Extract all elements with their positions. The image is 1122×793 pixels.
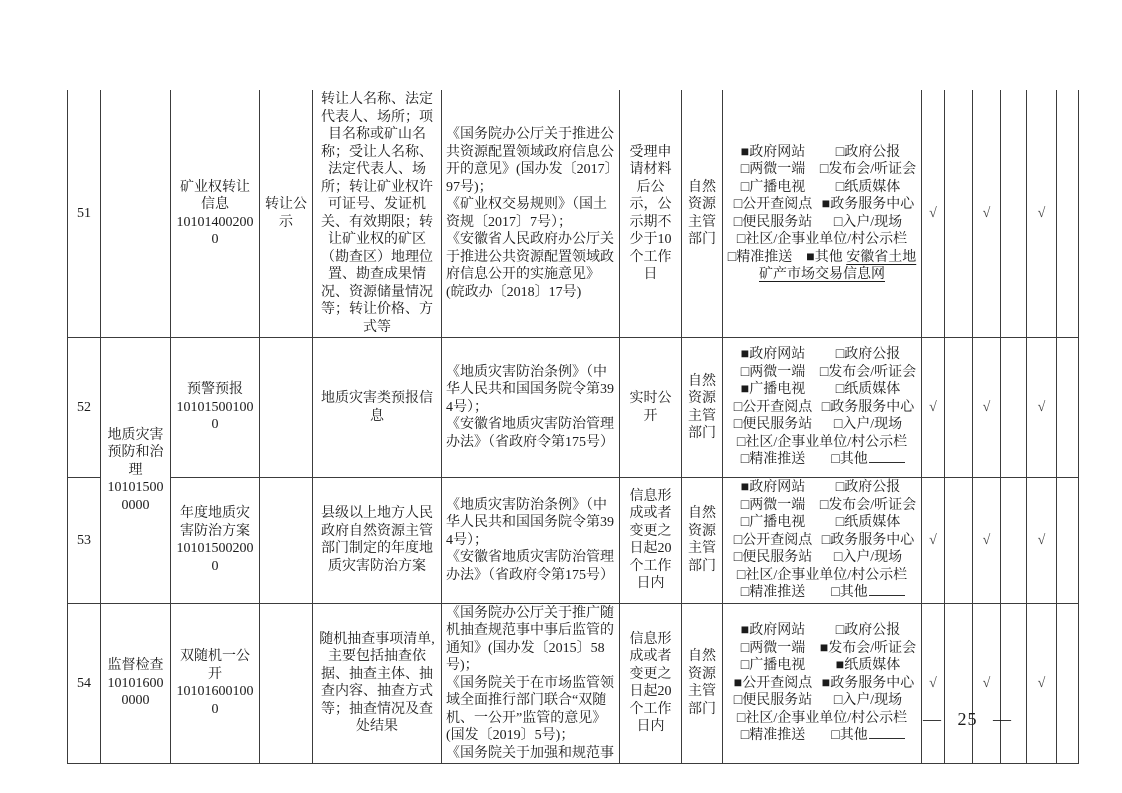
check-mark: √ bbox=[929, 533, 937, 548]
category-name: 监督检查 bbox=[105, 657, 166, 675]
channel-option-label: 精准推送 bbox=[736, 250, 792, 265]
channel-option-row: ■政府网站□政府公报 bbox=[727, 144, 917, 162]
channel-option: □政务服务中心 bbox=[819, 532, 917, 550]
check-mark-cell bbox=[945, 603, 973, 764]
timing-cell: 信息形成或者变更之日起20个工作日内 bbox=[620, 603, 682, 764]
channel-option-row: □广播电视■纸质媒体 bbox=[727, 657, 917, 675]
disclosure-type-cell: 转让公示 bbox=[260, 90, 313, 338]
checkbox-unchecked-icon: □ bbox=[741, 658, 749, 673]
channel-option-label: 便民服务站 bbox=[742, 417, 812, 432]
channel-option-row: □精准推送□其他 bbox=[727, 584, 917, 602]
check-mark-cell bbox=[1001, 90, 1027, 338]
channel-option: ■发布会/听证会 bbox=[819, 640, 917, 658]
check-mark-cell: √ bbox=[922, 338, 945, 478]
check-mark: √ bbox=[929, 676, 937, 691]
channels-cell: ■政府网站□政府公报□两微一端□发布会/听证会■广播电视□纸质媒体□公开查阅点□… bbox=[723, 338, 922, 478]
legal-basis-entry: 《地质灾害防治条例》（中华人民共和国国务院令第394号）； bbox=[446, 364, 615, 417]
channel-option-label: 广播电视 bbox=[749, 382, 805, 397]
channel-option: □便民服务站 bbox=[727, 692, 819, 710]
channel-option-row: □广播电视□纸质媒体 bbox=[727, 179, 917, 197]
item-name: 预警预报 bbox=[175, 381, 255, 399]
check-mark-cell: √ bbox=[922, 603, 945, 764]
check-mark-cell bbox=[1057, 603, 1079, 764]
channel-option-row: □社区/企事业单位/村公示栏 bbox=[727, 567, 917, 585]
check-mark: √ bbox=[1038, 676, 1046, 691]
channel-option-label: 精准推送 bbox=[749, 452, 805, 467]
channel-option: □发布会/听证会 bbox=[819, 161, 917, 179]
checkbox-unchecked-icon: □ bbox=[741, 498, 749, 513]
channel-option-row: □社区/企事业单位/村公示栏 bbox=[727, 434, 917, 452]
channel-option: □广播电视 bbox=[727, 514, 819, 532]
check-mark-cell bbox=[1057, 338, 1079, 478]
channel-option: □广播电视 bbox=[727, 657, 819, 675]
check-mark-cell: √ bbox=[973, 478, 1001, 604]
timing-cell: 受理申请材料后公示，公示期不少于10个工作日 bbox=[620, 90, 682, 338]
check-mark-cell bbox=[1057, 478, 1079, 604]
channel-option-row: □便民服务站□入户/现场 bbox=[727, 416, 917, 434]
checkbox-checked-icon: ■ bbox=[820, 641, 828, 656]
channel-option: □政务服务中心 bbox=[819, 399, 917, 417]
table-row: 53年度地质灾害防治方案101015002000县级以上地方人民政府自然资源主管… bbox=[68, 478, 1079, 604]
legal-basis-entry: 《安徽省地质灾害防治管理办法》（省政府令第175号） bbox=[446, 416, 615, 451]
checkbox-unchecked-icon: □ bbox=[741, 641, 749, 656]
content-cell: 随机抽查事项清单,主要包括抽查依据、抽查主体、抽查内容、抽查方式等；抽查情况及查… bbox=[313, 603, 442, 764]
category-cell: 地质灾害预防和治理101015000000 bbox=[101, 338, 171, 604]
checkbox-unchecked-icon: □ bbox=[741, 180, 749, 195]
channel-option-row: □精准推送□其他 bbox=[727, 451, 917, 469]
checkbox-unchecked-icon: □ bbox=[836, 515, 844, 530]
checkbox-checked-icon: ■ bbox=[822, 676, 830, 691]
checkbox-unchecked-icon: □ bbox=[734, 215, 742, 230]
channel-option-row: □广播电视□纸质媒体 bbox=[727, 514, 917, 532]
checkbox-unchecked-icon: □ bbox=[822, 533, 830, 548]
channel-option-label: 政府网站 bbox=[749, 480, 805, 495]
channel-option-label: 政府网站 bbox=[749, 623, 805, 638]
content-cell: 县级以上地方人民政府自然资源主管部门制定的年度地质灾害防治方案 bbox=[313, 478, 442, 604]
channel-option: □便民服务站 bbox=[727, 416, 819, 434]
channel-option: □两微一端 bbox=[727, 640, 819, 658]
checkbox-unchecked-icon: □ bbox=[836, 623, 844, 638]
channel-option-label: 社区/企事业单位/村公示栏 bbox=[745, 232, 907, 247]
checkbox-unchecked-icon: □ bbox=[836, 480, 844, 495]
channel-option: □政府公报 bbox=[819, 144, 917, 162]
channel-option: ■政府网站 bbox=[727, 144, 819, 162]
check-mark-cell bbox=[945, 90, 973, 338]
table-row: 54监督检查101016000000双随机一公开101016001000随机抽查… bbox=[68, 603, 1079, 764]
channel-option-label: 纸质媒体 bbox=[844, 515, 900, 530]
channel-option-label: 精准推送 bbox=[749, 728, 805, 743]
checkbox-unchecked-icon: □ bbox=[834, 215, 842, 230]
channel-option-label: 政务服务中心 bbox=[830, 197, 914, 212]
channel-option: □两微一端 bbox=[727, 497, 819, 515]
channel-option-row: ■政府网站□政府公报 bbox=[727, 479, 917, 497]
channel-option: □便民服务站 bbox=[727, 214, 819, 232]
channel-option-label: 政府公报 bbox=[844, 347, 900, 362]
timing-cell: 信息形成或者变更之日起20个工作日内 bbox=[620, 478, 682, 604]
check-mark-cell: √ bbox=[973, 338, 1001, 478]
row-number-cell: 51 bbox=[68, 90, 101, 338]
row-number-cell: 52 bbox=[68, 338, 101, 478]
department-cell: 自然资源主管部门 bbox=[682, 90, 723, 338]
channel-option-label: 便民服务站 bbox=[742, 693, 812, 708]
channel-option-label: 纸质媒体 bbox=[844, 658, 900, 673]
checkbox-unchecked-icon: □ bbox=[741, 162, 749, 177]
channel-option-row: □两微一端□发布会/听证会 bbox=[727, 364, 917, 382]
document-page: 51矿业权转让信息101014002000转让公示转让人名称、法定代表人、场所；… bbox=[0, 0, 1122, 793]
checkbox-unchecked-icon: □ bbox=[734, 400, 742, 415]
channel-option-row: □公开查阅点□政务服务中心 bbox=[727, 532, 917, 550]
channel-option-row: □便民服务站□入户/现场 bbox=[727, 692, 917, 710]
channel-option-label: 精准推送 bbox=[749, 585, 805, 600]
channel-option-label: 政务服务中心 bbox=[830, 676, 914, 691]
channel-option-row: □两微一端□发布会/听证会 bbox=[727, 497, 917, 515]
checkbox-unchecked-icon: □ bbox=[741, 452, 749, 467]
channel-option: ■政务服务中心 bbox=[819, 675, 917, 693]
channel-option-label: 两微一端 bbox=[749, 365, 805, 380]
item-name: 年度地质灾害防治方案 bbox=[175, 505, 255, 540]
check-mark-cell bbox=[1001, 338, 1027, 478]
checkbox-unchecked-icon: □ bbox=[741, 365, 749, 380]
checkbox-unchecked-icon: □ bbox=[836, 347, 844, 362]
channel-option: □政府公报 bbox=[819, 479, 917, 497]
check-mark-cell: √ bbox=[973, 603, 1001, 764]
channel-option-label: 公开查阅点 bbox=[742, 197, 812, 212]
channel-option: □广播电视 bbox=[727, 179, 819, 197]
channel-option: □其他 bbox=[819, 727, 917, 745]
legal-basis-cell: 《地质灾害防治条例》（中华人民共和国国务院令第394号）；《安徽省地质灾害防治管… bbox=[442, 478, 620, 604]
checkbox-checked-icon: ■ bbox=[741, 480, 749, 495]
checkbox-checked-icon: ■ bbox=[741, 623, 749, 638]
checkbox-checked-icon: ■ bbox=[741, 145, 749, 160]
checkbox-unchecked-icon: □ bbox=[822, 400, 830, 415]
channel-option-label: 两微一端 bbox=[749, 162, 805, 177]
channel-option: □精准推送 bbox=[727, 727, 819, 745]
channel-option-row: □精准推送□其他 bbox=[727, 727, 917, 745]
item-cell: 年度地质灾害防治方案101015002000 bbox=[171, 478, 260, 604]
checkbox-unchecked-icon: □ bbox=[734, 550, 742, 565]
checkbox-unchecked-icon: □ bbox=[734, 533, 742, 548]
legal-basis-entry: 《国务院办公厅关于推广随机抽查规范事中事后监管的通知》(国办发〔2015〕58号… bbox=[446, 605, 615, 675]
channel-option: ■政务服务中心 bbox=[819, 196, 917, 214]
channel-option: □便民服务站 bbox=[727, 549, 819, 567]
category-code: 101016000000 bbox=[105, 675, 166, 710]
checkbox-unchecked-icon: □ bbox=[734, 693, 742, 708]
channel-option-row: □两微一端□发布会/听证会 bbox=[727, 161, 917, 179]
check-mark-cell: √ bbox=[1027, 478, 1057, 604]
channel-option-row: ■政府网站□政府公报 bbox=[727, 346, 917, 364]
channel-option-label: 政府公报 bbox=[844, 145, 900, 160]
channel-option: □入户/现场 bbox=[819, 416, 917, 434]
channel-option: □两微一端 bbox=[727, 161, 819, 179]
checkbox-checked-icon: ■ bbox=[741, 347, 749, 362]
check-mark: √ bbox=[1038, 206, 1046, 221]
checkbox-unchecked-icon: □ bbox=[836, 145, 844, 160]
channel-option-label: 公开查阅点 bbox=[742, 676, 812, 691]
channel-option: ■政府网站 bbox=[727, 346, 819, 364]
item-name: 矿业权转让信息 bbox=[175, 179, 255, 214]
channel-option-row: ■广播电视□纸质媒体 bbox=[727, 381, 917, 399]
other-blank-line bbox=[869, 451, 905, 463]
channel-option-label: 社区/企事业单位/村公示栏 bbox=[745, 568, 907, 583]
category-name: 地质灾害预防和治理 bbox=[105, 427, 166, 480]
check-mark: √ bbox=[1038, 400, 1046, 415]
department-cell: 自然资源主管部门 bbox=[682, 338, 723, 478]
check-mark: √ bbox=[929, 400, 937, 415]
check-mark-cell: √ bbox=[1027, 90, 1057, 338]
checkbox-unchecked-icon: □ bbox=[834, 417, 842, 432]
channel-option-row: □两微一端■发布会/听证会 bbox=[727, 640, 917, 658]
check-mark-cell: √ bbox=[1027, 338, 1057, 478]
item-code: 101015002000 bbox=[175, 540, 255, 575]
channel-option-label: 公开查阅点 bbox=[742, 533, 812, 548]
category-cell: 监督检查101016000000 bbox=[101, 603, 171, 764]
check-mark: √ bbox=[1038, 533, 1046, 548]
legal-basis-entry: 《地质灾害防治条例》（中华人民共和国国务院令第394号）； bbox=[446, 497, 615, 550]
disclosure-type-cell bbox=[260, 603, 313, 764]
legal-basis-cell: 《地质灾害防治条例》（中华人民共和国国务院令第394号）；《安徽省地质灾害防治管… bbox=[442, 338, 620, 478]
channel-option: □发布会/听证会 bbox=[819, 497, 917, 515]
channel-option-row: □便民服务站□入户/现场 bbox=[727, 549, 917, 567]
channel-option-row: □社区/企事业单位/村公示栏 bbox=[727, 710, 917, 728]
channel-option-row: □精准推送■其他 安徽省土地矿产市场交易信息网 bbox=[727, 249, 917, 284]
channel-option-row: □公开查阅点■政务服务中心 bbox=[727, 196, 917, 214]
checkbox-unchecked-icon: □ bbox=[831, 585, 839, 600]
checkbox-checked-icon: ■ bbox=[741, 382, 749, 397]
channel-option-label: 其他 bbox=[840, 585, 868, 600]
legal-basis-cell: 《国务院办公厅关于推进公共资源配置领域政府信息公开的意见》(国办发〔2017〕9… bbox=[442, 90, 620, 338]
check-mark-cell bbox=[1057, 90, 1079, 338]
legal-basis-entry: 《国务院关于在市场监管领域全面推行部门联合“双随机、一公开”监管的意见》(国发〔… bbox=[446, 675, 615, 745]
channel-option-label: 其他 bbox=[840, 728, 868, 743]
checkbox-unchecked-icon: □ bbox=[834, 693, 842, 708]
disclosure-type-cell bbox=[260, 478, 313, 604]
check-mark-cell: √ bbox=[922, 478, 945, 604]
checkbox-unchecked-icon: □ bbox=[831, 728, 839, 743]
checkbox-checked-icon: ■ bbox=[822, 197, 830, 212]
channel-option-label: 公开查阅点 bbox=[742, 400, 812, 415]
channel-option-label: 入户/现场 bbox=[842, 550, 902, 565]
channel-option: □入户/现场 bbox=[819, 214, 917, 232]
checkbox-checked-icon: ■ bbox=[836, 658, 844, 673]
channels-cell: ■政府网站□政府公报□两微一端□发布会/听证会□广播电视□纸质媒体□公开查阅点□… bbox=[723, 478, 922, 604]
row-number-cell: 53 bbox=[68, 478, 101, 604]
channel-option-label: 政府公报 bbox=[844, 480, 900, 495]
channel-option-label: 入户/现场 bbox=[842, 693, 902, 708]
channel-option: □入户/现场 bbox=[819, 549, 917, 567]
checkbox-unchecked-icon: □ bbox=[834, 550, 842, 565]
table-row: 51矿业权转让信息101014002000转让公示转让人名称、法定代表人、场所；… bbox=[68, 90, 1079, 338]
channel-option-label: 发布会/听证会 bbox=[828, 365, 916, 380]
channel-option: □精准推送 bbox=[727, 584, 819, 602]
channel-option-row: □社区/企事业单位/村公示栏 bbox=[727, 231, 917, 249]
channel-option-row: ■公开查阅点■政务服务中心 bbox=[727, 675, 917, 693]
channel-option-label: 入户/现场 bbox=[842, 417, 902, 432]
category-code: 101015000000 bbox=[105, 479, 166, 514]
checkbox-unchecked-icon: □ bbox=[741, 728, 749, 743]
check-mark-cell bbox=[945, 478, 973, 604]
channel-option-label: 两微一端 bbox=[749, 641, 805, 656]
channel-option-label: 其他 bbox=[815, 250, 843, 265]
check-mark: √ bbox=[983, 533, 991, 548]
channel-option-label: 政务服务中心 bbox=[830, 533, 914, 548]
other-blank-line bbox=[869, 727, 905, 739]
item-cell: 双随机一公开101016001000 bbox=[171, 603, 260, 764]
channel-option: □纸质媒体 bbox=[819, 381, 917, 399]
channel-option: □纸质媒体 bbox=[819, 179, 917, 197]
channel-option-label: 广播电视 bbox=[749, 658, 805, 673]
content-cell: 地质灾害类预报信息 bbox=[313, 338, 442, 478]
table-row: 52地质灾害预防和治理101015000000预警预报101015001000地… bbox=[68, 338, 1079, 478]
checkbox-unchecked-icon: □ bbox=[734, 197, 742, 212]
legal-basis-entry: 《安徽省人民政府办公厅关于推进公共资源配置领域政府信息公开的实施意见》(皖政办〔… bbox=[446, 231, 615, 301]
checkbox-unchecked-icon: □ bbox=[820, 365, 828, 380]
checkbox-checked-icon: ■ bbox=[806, 250, 814, 265]
department-cell: 自然资源主管部门 bbox=[682, 478, 723, 604]
checkbox-unchecked-icon: □ bbox=[820, 162, 828, 177]
checkbox-unchecked-icon: □ bbox=[728, 250, 736, 265]
channel-option-label: 两微一端 bbox=[749, 498, 805, 513]
content-cell: 转让人名称、法定代表人、场所；项目名称或矿山名称；受让人名称、法定代表人、场所；… bbox=[313, 90, 442, 338]
channel-option-label: 政府网站 bbox=[749, 347, 805, 362]
check-mark-cell bbox=[1001, 478, 1027, 604]
page-number: — 25 — bbox=[923, 709, 1012, 730]
checkbox-unchecked-icon: □ bbox=[741, 585, 749, 600]
channel-option-label: 发布会/听证会 bbox=[828, 498, 916, 513]
item-code: 101016001000 bbox=[175, 683, 255, 718]
channel-option-label: 广播电视 bbox=[749, 180, 805, 195]
channel-option-row: □便民服务站□入户/现场 bbox=[727, 214, 917, 232]
channel-option: □政府公报 bbox=[819, 346, 917, 364]
channel-option-label: 社区/企事业单位/村公示栏 bbox=[745, 711, 907, 726]
legal-basis-entry: 《国务院办公厅关于推进公共资源配置领域政府信息公开的意见》(国办发〔2017〕9… bbox=[446, 126, 615, 196]
check-mark: √ bbox=[983, 206, 991, 221]
channel-option-label: 其他 bbox=[840, 452, 868, 467]
channel-option-label: 便民服务站 bbox=[742, 215, 812, 230]
channel-option-label: 政府公报 bbox=[844, 623, 900, 638]
legal-basis-entry: 《国务院关于加强和规范事 bbox=[446, 745, 615, 763]
legal-basis-entry: 《矿业权交易规则》（国土资规〔2017〕7号）； bbox=[446, 196, 615, 231]
channel-option-row: □公开查阅点□政务服务中心 bbox=[727, 399, 917, 417]
check-mark-cell bbox=[945, 338, 973, 478]
checkbox-checked-icon: ■ bbox=[734, 676, 742, 691]
item-cell: 矿业权转让信息101014002000 bbox=[171, 90, 260, 338]
check-mark-cell: √ bbox=[1027, 603, 1057, 764]
channel-option-label: 纸质媒体 bbox=[844, 382, 900, 397]
channel-option-label: 便民服务站 bbox=[742, 550, 812, 565]
disclosure-type-cell bbox=[260, 338, 313, 478]
legal-basis-cell: 《国务院办公厅关于推广随机抽查规范事中事后监管的通知》(国办发〔2015〕58号… bbox=[442, 603, 620, 764]
channel-option-label: 政务服务中心 bbox=[830, 400, 914, 415]
channel-option: ■广播电视 bbox=[727, 381, 819, 399]
department-cell: 自然资源主管部门 bbox=[682, 603, 723, 764]
channel-option-label: 政府网站 bbox=[749, 145, 805, 160]
channels-cell: ■政府网站□政府公报□两微一端□发布会/听证会□广播电视□纸质媒体□公开查阅点■… bbox=[723, 90, 922, 338]
row-number-cell: 54 bbox=[68, 603, 101, 764]
channel-option-label: 广播电视 bbox=[749, 515, 805, 530]
item-code: 101014002000 bbox=[175, 214, 255, 249]
channel-option: ■纸质媒体 bbox=[819, 657, 917, 675]
channel-option: □发布会/听证会 bbox=[819, 364, 917, 382]
other-blank-line bbox=[869, 584, 905, 596]
channel-option: ■政府网站 bbox=[727, 622, 819, 640]
channel-option: ■政府网站 bbox=[727, 479, 819, 497]
channel-option: □公开查阅点 bbox=[727, 196, 819, 214]
checkbox-unchecked-icon: □ bbox=[836, 180, 844, 195]
channel-option: □入户/现场 bbox=[819, 692, 917, 710]
channel-option: □政府公报 bbox=[819, 622, 917, 640]
channel-option-label: 入户/现场 bbox=[842, 215, 902, 230]
channel-option: ■公开查阅点 bbox=[727, 675, 819, 693]
item-cell: 预警预报101015001000 bbox=[171, 338, 260, 478]
check-mark-cell bbox=[1001, 603, 1027, 764]
catalog-table: 51矿业权转让信息101014002000转让公示转让人名称、法定代表人、场所；… bbox=[67, 90, 1079, 764]
channels-cell: ■政府网站□政府公报□两微一端■发布会/听证会□广播电视■纸质媒体■公开查阅点■… bbox=[723, 603, 922, 764]
checkbox-unchecked-icon: □ bbox=[741, 515, 749, 530]
checkbox-unchecked-icon: □ bbox=[734, 417, 742, 432]
checkbox-unchecked-icon: □ bbox=[836, 382, 844, 397]
channel-option-row: ■政府网站□政府公报 bbox=[727, 622, 917, 640]
channel-option: □精准推送 bbox=[727, 451, 819, 469]
channel-option: □两微一端 bbox=[727, 364, 819, 382]
item-code: 101015001000 bbox=[175, 399, 255, 434]
checkbox-unchecked-icon: □ bbox=[820, 498, 828, 513]
check-mark: √ bbox=[983, 676, 991, 691]
legal-basis-entry: 《安徽省地质灾害防治管理办法》（省政府令第175号） bbox=[446, 549, 615, 584]
channel-option: □公开查阅点 bbox=[727, 532, 819, 550]
channel-option-label: 发布会/听证会 bbox=[828, 641, 916, 656]
checkbox-unchecked-icon: □ bbox=[831, 452, 839, 467]
channel-option-label: 发布会/听证会 bbox=[828, 162, 916, 177]
check-mark-cell: √ bbox=[922, 90, 945, 338]
channel-option: □纸质媒体 bbox=[819, 514, 917, 532]
category-cell bbox=[101, 90, 171, 338]
check-mark: √ bbox=[929, 206, 937, 221]
item-name: 双随机一公开 bbox=[175, 648, 255, 683]
check-mark-cell: √ bbox=[973, 90, 1001, 338]
channel-option: □其他 bbox=[819, 584, 917, 602]
channel-option-label: 纸质媒体 bbox=[844, 180, 900, 195]
channel-option: □其他 bbox=[819, 451, 917, 469]
timing-cell: 实时公开 bbox=[620, 338, 682, 478]
channel-option: □公开查阅点 bbox=[727, 399, 819, 417]
channel-option-label: 社区/企事业单位/村公示栏 bbox=[745, 435, 907, 450]
check-mark: √ bbox=[983, 400, 991, 415]
